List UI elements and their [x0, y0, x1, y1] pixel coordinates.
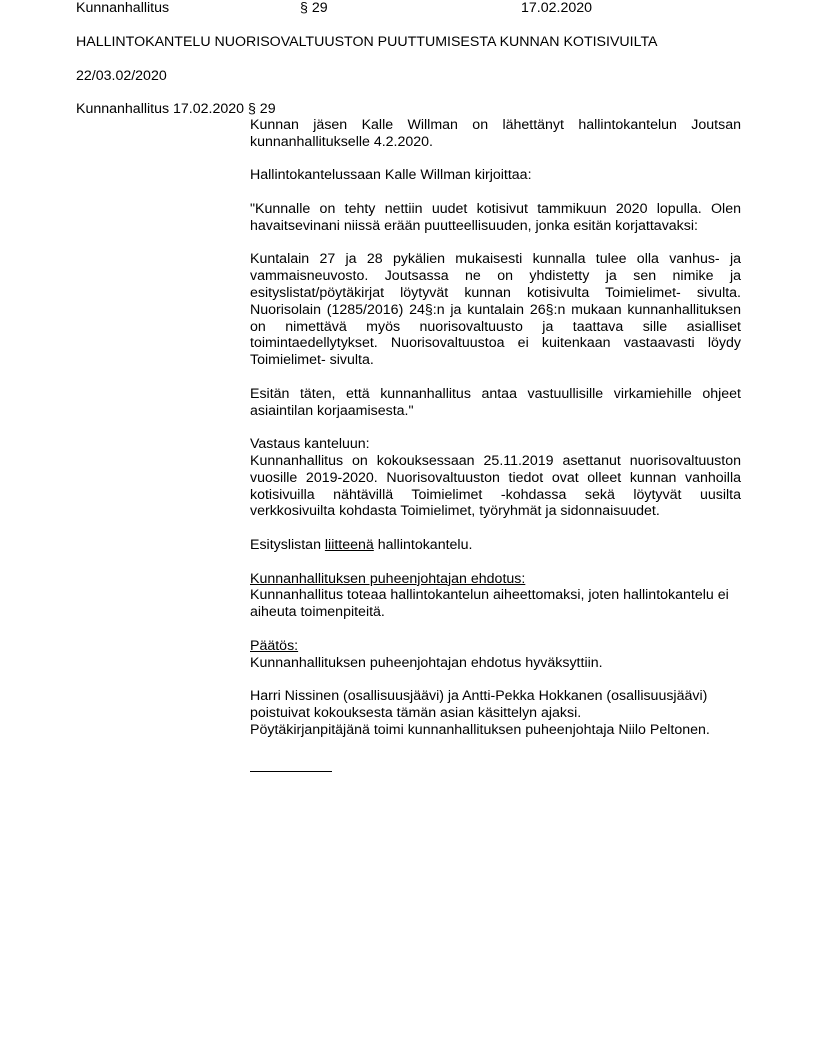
response-heading: Vastaus kanteluun: — [250, 436, 741, 453]
proposal-section: Kunnanhallituksen puheenjohtajan ehdotus… — [250, 571, 741, 621]
header-committee: Kunnanhallitus — [76, 0, 169, 16]
quote-paragraph-2: Kuntalain 27 ja 28 pykälien mukaisesti k… — [250, 251, 741, 369]
attachment-suffix: hallintokantelu. — [374, 537, 473, 553]
attachment-link[interactable]: liitteenä — [325, 537, 374, 553]
quote-paragraph-1: "Kunnalle on tehty nettiin uudet kotisiv… — [250, 201, 741, 235]
disqualification-section: Harri Nissinen (osallisuusjäävi) ja Antt… — [250, 688, 741, 738]
response-section: Vastaus kanteluun: Kunnanhallitus on kok… — [250, 436, 741, 520]
decision-text: Kunnanhallituksen puheenjohtajan ehdotus… — [250, 655, 603, 671]
disqualification-line-2: poistuivat kokouksesta tämän asian käsit… — [250, 705, 741, 722]
attachment-prefix: Esityslistan — [250, 537, 325, 553]
proposal-text: Kunnanhallitus toteaa hallintokantelun a… — [250, 587, 729, 620]
intro-paragraph: Kunnan jäsen Kalle Willman on lähettänyt… — [250, 117, 741, 151]
writes-paragraph: Hallintokantelussaan Kalle Willman kirjo… — [250, 167, 741, 184]
attachment-paragraph: Esityslistan liitteenä hallintokantelu. — [250, 537, 741, 554]
header-section: § 29 — [300, 0, 328, 16]
document-number: 22/03.02/2020 — [76, 68, 167, 84]
closing-rule — [250, 761, 332, 772]
disqualification-line-1: Harri Nissinen (osallisuusjäävi) ja Antt… — [250, 688, 741, 705]
document-title: HALLINTOKANTELU NUORISOVALTUUSTON PUUTTU… — [76, 34, 658, 50]
minutes-keeper: Pöytäkirjanpitäjänä toimi kunnanhallituk… — [250, 722, 741, 739]
meeting-reference: Kunnanhallitus 17.02.2020 § 29 — [76, 101, 276, 117]
decision-heading: Päätös: — [250, 638, 741, 655]
proposal-heading: Kunnanhallituksen puheenjohtajan ehdotus… — [250, 571, 741, 588]
closing-rule-row — [250, 760, 741, 777]
response-text: Kunnanhallitus on kokouksessaan 25.11.20… — [250, 453, 741, 519]
quote-paragraph-3: Esitän täten, että kunnanhallitus antaa … — [250, 386, 741, 420]
decision-section: Päätös: Kunnanhallituksen puheenjohtajan… — [250, 638, 741, 672]
document-body: Kunnan jäsen Kalle Willman on lähettänyt… — [250, 117, 741, 794]
header-date: 17.02.2020 — [521, 0, 592, 16]
